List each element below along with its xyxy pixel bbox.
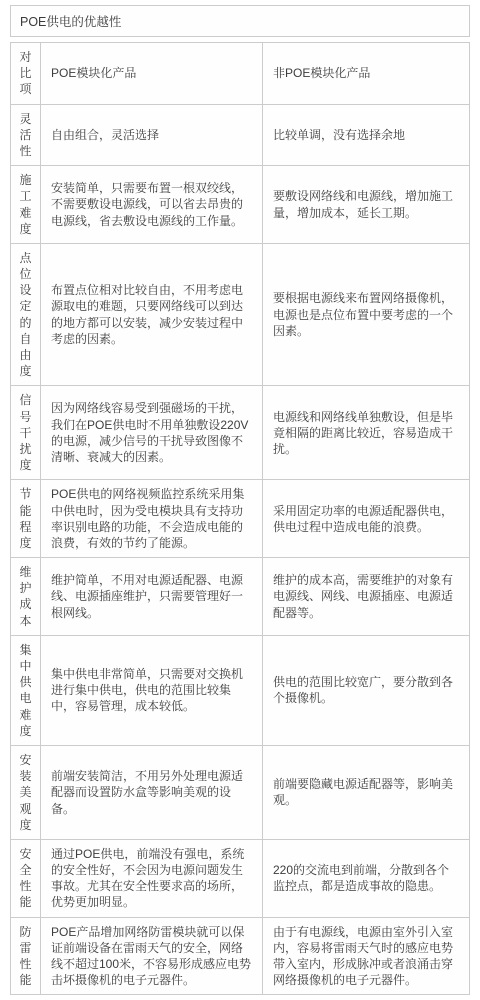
table-row-placement-freedom: 点位设定的自由度 布置点位相对比较自由，不用考虑电源取电的难题，只要网络线可以到… bbox=[11, 243, 470, 386]
table-title: POE供电的优越性 bbox=[10, 5, 470, 37]
poe-cell: 布置点位相对比较自由，不用考虑电源取电的难题，只要网络线可以到达的地方都可以安装… bbox=[41, 243, 263, 386]
non-poe-cell: 由于有电源线，电源由室外引入室内，容易将雷雨天气时的感应电势带入室内，形成脉冲或… bbox=[263, 917, 470, 995]
table-row-flexibility: 灵活性 自由组合，灵活选择 比较单调，没有选择余地 bbox=[11, 104, 470, 166]
poe-cell: 集中供电非常简单，只需要对交换机进行集中供电，供电的范围比较集中，容易管理，成本… bbox=[41, 635, 263, 745]
table-row-energy-saving: 节能程度 POE供电的网络视频监控系统采用集中供电时，因为受电模块具有支持功率识… bbox=[11, 480, 470, 558]
non-poe-cell: 供电的范围比较宽广，要分散到各个摄像机。 bbox=[263, 635, 470, 745]
table-row-maintenance-cost: 维护成本 维护简单，不用对电源适配器、电源线、电源插座维护，只需要管理好一根网线… bbox=[11, 558, 470, 636]
non-poe-cell: 电源线和网络线单独敷设，但是毕竟相隔的距离比较近，容易造成干扰。 bbox=[263, 386, 470, 480]
row-label: 灵活性 bbox=[11, 104, 41, 166]
non-poe-cell: 比较单调，没有选择余地 bbox=[263, 104, 470, 166]
non-poe-cell: 维护的成本高，需要维护的对象有电源线、网线、电源插座、电源适配器等。 bbox=[263, 558, 470, 636]
poe-cell: POE产品增加网络防雷模块就可以保证前端设备在雷雨天气的安全，网络线不超过100… bbox=[41, 917, 263, 995]
row-label: 安装美观度 bbox=[11, 745, 41, 839]
non-poe-cell: 要敷设网络线和电源线，增加施工量，增加成本，延长工期。 bbox=[263, 166, 470, 244]
row-label: 防雷性能 bbox=[11, 917, 41, 995]
poe-cell: 通过POE供电，前端没有强电，系统的安全性好，不会因为电源问题发生事故。尤其在安… bbox=[41, 839, 263, 917]
poe-cell: 因为网络线容易受到强磁场的干扰，我们在POE供电时不用单独敷设220V的电源，减… bbox=[41, 386, 263, 480]
table-row-lightning-protection: 防雷性能 POE产品增加网络防雷模块就可以保证前端设备在雷雨天气的安全，网络线不… bbox=[11, 917, 470, 995]
article-page: POE供电的优越性 对比项 POE模块化产品 非POE模块化产品 灵活性 自由组… bbox=[0, 0, 480, 999]
comparison-table: 对比项 POE模块化产品 非POE模块化产品 灵活性 自由组合，灵活选择 比较单… bbox=[10, 42, 470, 995]
header-compare-item-cell: 对比项 bbox=[11, 43, 41, 105]
poe-cell: 自由组合，灵活选择 bbox=[41, 104, 263, 166]
row-label: 信号干扰度 bbox=[11, 386, 41, 480]
poe-cell: 安装简单，只需要布置一根双绞线，不需要敷设电源线，可以省去昂贵的电源线，省去敷设… bbox=[41, 166, 263, 244]
row-label: 点位设定的自由度 bbox=[11, 243, 41, 386]
poe-cell: 维护简单，不用对电源适配器、电源线、电源插座维护，只需要管理好一根网线。 bbox=[41, 558, 263, 636]
table-row-safety-performance: 安全性能 通过POE供电，前端没有强电，系统的安全性好，不会因为电源问题发生事故… bbox=[11, 839, 470, 917]
table-row-signal-interference: 信号干扰度 因为网络线容易受到强磁场的干扰，我们在POE供电时不用单独敷设220… bbox=[11, 386, 470, 480]
non-poe-cell: 220的交流电到前端，分散到各个监控点，都是造成事故的隐患。 bbox=[263, 839, 470, 917]
row-label: 维护成本 bbox=[11, 558, 41, 636]
row-label: 节能程度 bbox=[11, 480, 41, 558]
row-label: 安全性能 bbox=[11, 839, 41, 917]
table-row-construction-difficulty: 施工难度 安装简单，只需要布置一根双绞线，不需要敷设电源线，可以省去昂贵的电源线… bbox=[11, 166, 470, 244]
table-row-installation-aesthetics: 安装美观度 前端安装简洁，不用另外处理电源适配器而设置防水盒等影响美观的设备。 … bbox=[11, 745, 470, 839]
row-label: 施工难度 bbox=[11, 166, 41, 244]
non-poe-cell: 要根据电源线来布置网络摄像机，电源也是点位布置中要考虑的一个因素。 bbox=[263, 243, 470, 386]
row-label: 集中供电难度 bbox=[11, 635, 41, 745]
poe-cell: POE供电的网络视频监控系统采用集中供电时，因为受电模块具有支持功率识别电路的功… bbox=[41, 480, 263, 558]
header-non-poe-cell: 非POE模块化产品 bbox=[263, 43, 470, 105]
table-row-centralized-power-difficulty: 集中供电难度 集中供电非常简单，只需要对交换机进行集中供电，供电的范围比较集中，… bbox=[11, 635, 470, 745]
non-poe-cell: 前端要隐藏电源适配器等，影响美观。 bbox=[263, 745, 470, 839]
header-row: 对比项 POE模块化产品 非POE模块化产品 bbox=[11, 43, 470, 105]
poe-cell: 前端安装简洁，不用另外处理电源适配器而设置防水盒等影响美观的设备。 bbox=[41, 745, 263, 839]
header-poe-cell: POE模块化产品 bbox=[41, 43, 263, 105]
non-poe-cell: 采用固定功率的电源适配器供电，供电过程中造成电能的浪费。 bbox=[263, 480, 470, 558]
